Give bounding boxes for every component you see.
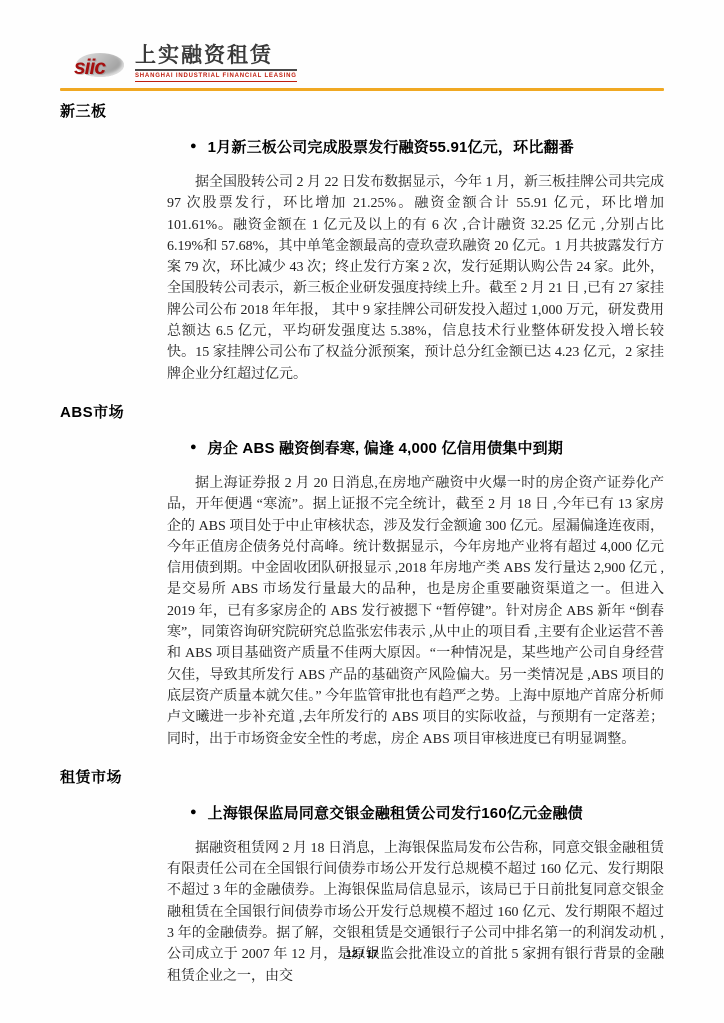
page-footer: 12 / 17: [0, 944, 724, 962]
bullet-headline: ● 1月新三板公司完成股票发行融资55.91亿元，环比翻番: [190, 136, 664, 157]
siic-wordmark: siic: [74, 56, 105, 80]
page-header: siic 上实融资租赁 SHANGHAI INDUSTRIAL FINANCIA…: [60, 36, 664, 91]
headline-title: 上海银保监局同意交银金融租赁公司发行160亿元金融债: [208, 802, 583, 823]
bullet-icon: ●: [190, 442, 197, 453]
body-paragraph: 据上海证券报 2 月 20 日消息,在房地产融资中火爆一时的房企资产证券化产品，…: [167, 473, 664, 750]
bullet-headline: ● 上海银保监局同意交银金融租赁公司发行160亿元金融债: [190, 802, 664, 823]
company-names: 上实融资租赁 SHANGHAI INDUSTRIAL FINANCIAL LEA…: [135, 44, 297, 82]
bullet-headline: ● 房企 ABS 融资倒春寒, 偏逢 4,000 亿信用债集中到期: [190, 437, 664, 458]
siic-logo-mark: siic: [74, 50, 126, 82]
company-name-en: SHANGHAI INDUSTRIAL FINANCIAL LEASING: [135, 73, 297, 82]
section-abs-market: ABS市场 ● 房企 ABS 融资倒春寒, 偏逢 4,000 亿信用债集中到期 …: [60, 401, 664, 750]
bullet-icon: ●: [190, 141, 197, 152]
page-number: 12 / 17: [346, 948, 378, 960]
body-paragraph: 据全国股转公司 2 月 22 日发布数据显示，今年 1 月，新三板挂牌公司共完成…: [167, 172, 664, 385]
company-name-cn: 上实融资租赁: [135, 44, 297, 71]
headline-title: 房企 ABS 融资倒春寒, 偏逢 4,000 亿信用债集中到期: [208, 437, 563, 458]
section-heading: 新三板: [60, 100, 664, 121]
section-new-third-board: 新三板 ● 1月新三板公司完成股票发行融资55.91亿元，环比翻番 据全国股转公…: [60, 100, 664, 385]
section-heading: ABS市场: [60, 401, 664, 422]
section-heading: 租赁市场: [60, 766, 664, 787]
headline-title: 1月新三板公司完成股票发行融资55.91亿元，环比翻番: [208, 136, 574, 157]
siic-logo: siic 上实融资租赁 SHANGHAI INDUSTRIAL FINANCIA…: [74, 36, 664, 82]
document-page: siic 上实融资租赁 SHANGHAI INDUSTRIAL FINANCIA…: [0, 0, 724, 1023]
bullet-icon: ●: [190, 807, 197, 818]
body-paragraph: 据融资租赁网 2 月 18 日消息，上海银保监局发布公告称，同意交银金融租赁有限…: [167, 838, 664, 987]
header-divider: [60, 88, 664, 91]
